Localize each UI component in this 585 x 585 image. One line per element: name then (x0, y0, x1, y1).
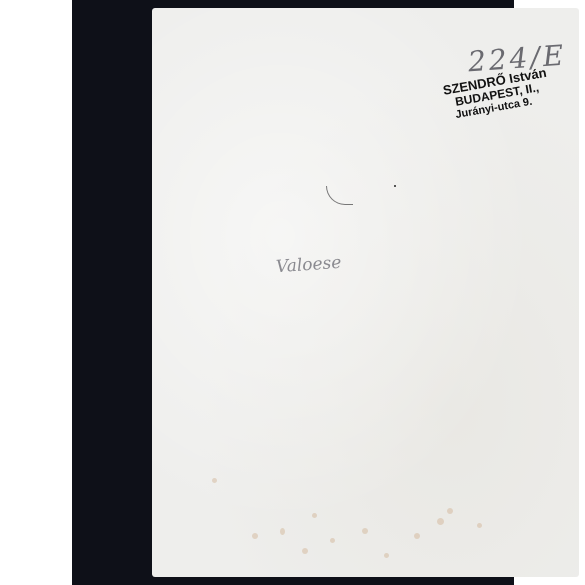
foxing-stain (437, 518, 444, 525)
foxing-stain (280, 528, 285, 535)
foxing-stain (477, 523, 482, 528)
foxing-stain (212, 478, 217, 483)
photo-scan-border: 224/E SZENDRŐ István BUDAPEST, II., Jurá… (72, 0, 514, 585)
pencil-stroke (326, 186, 353, 205)
foxing-stain (302, 548, 308, 554)
pencil-dot (394, 185, 396, 187)
foxing-stain (312, 513, 317, 518)
foxing-stain (384, 553, 389, 558)
foxing-stain (414, 533, 420, 539)
pencil-note: Valoese (275, 253, 342, 278)
foxing-stain (362, 528, 368, 534)
foxing-stain (330, 538, 335, 543)
foxing-stain (252, 533, 258, 539)
photo-paper-back: 224/E SZENDRŐ István BUDAPEST, II., Jurá… (152, 8, 579, 577)
foxing-stain (447, 508, 453, 514)
photographer-stamp: SZENDRŐ István BUDAPEST, II., Jurányi-ut… (442, 66, 552, 123)
